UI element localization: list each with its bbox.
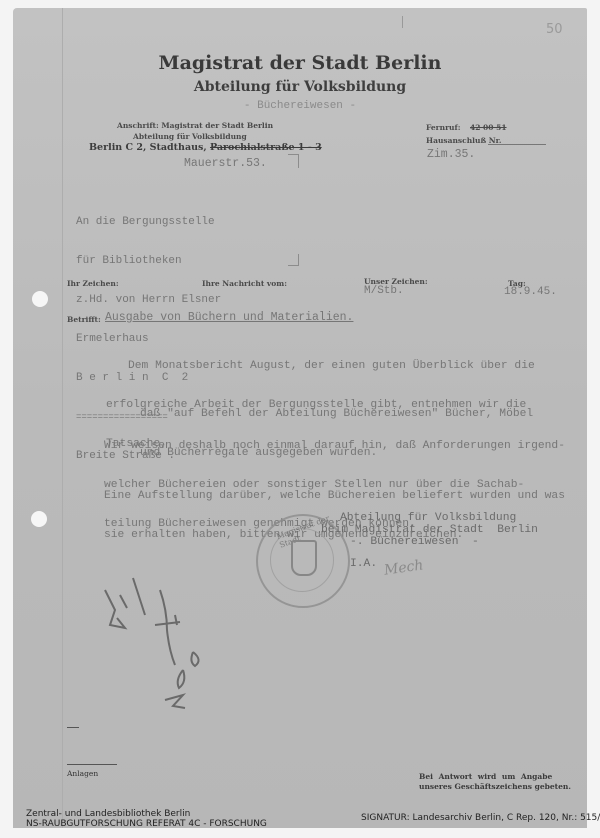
fold-mark [67, 727, 79, 728]
phone-value: 42 00 51 [470, 123, 507, 132]
subject-value: Ausgabe von Büchern und Materialien. [105, 311, 353, 324]
body-line: Eine Aufstellung darüber, welche Büchere… [104, 490, 565, 503]
reply-note-line2: unseres Geschäftszeichens gebeten. [419, 782, 571, 791]
date-value: 18.9.45. [504, 286, 557, 299]
signature-line-3: -. Büchereiwesen - [350, 536, 479, 549]
margin-line [62, 8, 63, 828]
our-ref-value: M/Stb. [364, 285, 404, 298]
attachments-label: Anlagen [67, 769, 98, 778]
struck-street: Parochialstraße 1 - 3 [210, 142, 322, 153]
window-corner-br-v [298, 254, 299, 266]
recipient-line: z.Hd. von Herrn Elsner [76, 294, 221, 307]
letterhead-subtitle: Abteilung für Volksbildung [0, 79, 600, 95]
address-correction: Mauerstr.53. [184, 157, 267, 170]
window-corner-tr [288, 154, 298, 155]
by-order-label: I.A. [350, 558, 377, 571]
phone-label: Fernruf: [426, 123, 461, 132]
letterhead-department: - Büchereiwesen - [0, 100, 600, 112]
recipient-line: für Bibliotheken [76, 255, 221, 268]
extension-field-line [488, 144, 546, 145]
window-corner-tr-v [298, 154, 299, 168]
subject-label: Betrifft: [67, 315, 101, 324]
handwritten-initials [95, 570, 215, 710]
tick-mark [402, 16, 403, 28]
address-street-prefix: Berlin C 2, Stadthaus, [89, 142, 210, 153]
recipient-line: An die Bergungsstelle [76, 216, 221, 229]
archive-signature: SIGNATUR: Landesarchiv Berlin, C Rep. 12… [361, 813, 600, 824]
body-line: Wir weisen deshalb noch einmal darauf hi… [104, 440, 565, 453]
window-corner-br [288, 265, 298, 266]
body-line: Dem Monatsbericht August, der einen gute… [106, 360, 535, 373]
sender-address-line3: Berlin C 2, Stadthaus, Parochialstraße 1… [89, 142, 322, 153]
room-number: Zim.35. [427, 148, 475, 161]
letterhead-title: Magistrat der Stadt Berlin [0, 52, 600, 74]
sender-address-line1: Anschrift: Magistrat der Stadt Berlin [117, 121, 273, 130]
berlin-crest-icon [291, 540, 317, 576]
reply-note-line1: Bei Antwort wird um Angabe [419, 772, 552, 781]
archive-department: NS-RAUBGUTFORSCHUNG REFERAT 4C - FORSCHU… [26, 819, 267, 830]
your-message-label: Ihre Nachricht vom: [202, 279, 287, 288]
punch-hole-bottom [31, 511, 47, 527]
your-ref-label: Ihr Zeichen: [67, 279, 119, 288]
punch-hole-top [32, 291, 48, 307]
page-number: 50 [546, 22, 563, 37]
attachments-line [67, 764, 117, 765]
sender-address-line2: Abteilung für Volksbildung [133, 132, 247, 141]
